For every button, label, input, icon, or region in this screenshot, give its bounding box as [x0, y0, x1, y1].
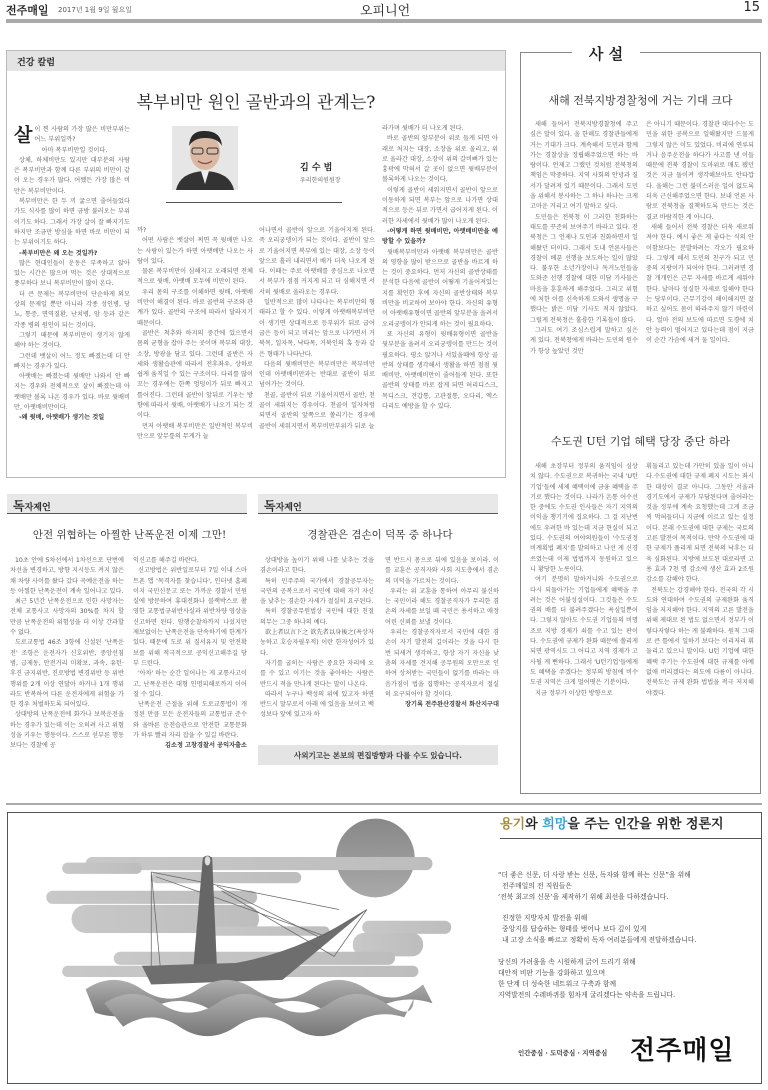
- promo-line: “더 좋은 신문, 더 사랑 받는 신문, 독자와 함께 하는 신문”을 위해: [498, 870, 691, 881]
- paragraph: 우리는 경찰공직자로서 국민에 대한 겸손이 자기 발전의 길이라는 것을 다시…: [385, 628, 499, 700]
- paragraph: 도민들은 전북청 이 그러한 친화하는 태도를 꾸준히 보여주기 바라고 있다.…: [530, 213, 638, 326]
- paragraph: 더 큰 문제는 복부비만이 단순하게 외모상의 문제일 뿐만 아니라 각종 성인…: [14, 290, 130, 331]
- label-rest: 자제언: [276, 503, 302, 513]
- editorial-1-col-2: 은 아니기 때문이다. 경찰관 대다수는 도민을 위한 공복으로 일해왔지만 드…: [646, 120, 754, 410]
- paragraph: 천골, 골반이 뒤로 기울어지면서 골반, 천골이 세워지는 경우이다. 천골이…: [259, 391, 375, 432]
- promo-line: 진정한 지방자치 발전을 위해: [502, 913, 697, 924]
- slogan-hope: 희망: [542, 817, 567, 832]
- ship-on-waves-icon: [20, 812, 470, 1082]
- paragraph: 새해 들어서 전북 경찰은 더욱 새로워져야 한다. 예시 좋은 게 좋다는 식…: [646, 223, 754, 347]
- promo-line: 중앙지를 답습하는 형태를 벗어나 보다 깊이 있게: [502, 924, 697, 935]
- editorial-title-1: 새해 전북지방경찰청에 거는 기대 크다: [520, 92, 761, 108]
- paragraph: 난폭운전 근절을 위해 도로교통법이 개정된 만큼 모든 운전자들의 교통법규 …: [133, 700, 247, 741]
- editorial-1-col-1: 새해 들어서 전북지방경찰청에 주고 싶은 말이 있다. 올 한해도 경찰관들에…: [530, 120, 638, 410]
- health-column-title: 복부비만 원인 골반과의 관계는?: [6, 88, 506, 113]
- page-number: 15: [743, 0, 760, 15]
- paragraph: 까?: [137, 226, 253, 236]
- editorial-2-col-2: 휘둘리고 있는데 가만히 있을 일이 아니다.수도권에 대한 규제 폐지 시도는…: [646, 462, 754, 784]
- byline: 장기록 전주완산경찰서 화산지구대: [385, 700, 499, 710]
- paragraph: 우리 몸의 구조를 이해하면 윗배, 아랫배비만이 해결이 된다. 바로 골반의…: [137, 288, 253, 329]
- paragraph: 새해 초장부터 정부의 움직임이 심상치 않다. 수도권으로 복귀하는 국내 '…: [530, 462, 638, 575]
- slogan-text: 을 주는 인간을 위한 정론지: [567, 817, 723, 832]
- reader-opinion-title-1: 안전 위협하는 아찔한 난폭운전 이제 그만!: [7, 527, 252, 542]
- paragraph: 어나면서 골반이 앞으로 기울어지게 된다. 즉 오리궁뎅이가 되는 것이다. …: [259, 226, 375, 298]
- health-column-label: 건강 칼럼: [7, 51, 505, 71]
- paragraph: 라가며 윗배가 더 나오게 된다.: [382, 124, 498, 134]
- health-col-4: 라가며 윗배가 더 나오게 된다. 바로 골반의 앞부분이 위로 들게 되면 아…: [382, 124, 498, 470]
- paragraph: 어떤 사람은 뱃살이 찌면 꼭 윗배만 나오는 사람이 있는가 하면 아랫배만 …: [137, 236, 253, 267]
- paragraph: 그러도 여기 조심스럽게 말하고 싶은 게 있다. 전북청에게 바라는 도민의 …: [530, 326, 638, 357]
- paragraph: 지금 정부가 이상한 방향으로: [530, 689, 638, 699]
- promo-line: 내 고장 소식을 빠르고 정확히 독자 여러분들에게 전달하겠습니다.: [502, 935, 697, 946]
- slogan-courage: 용기: [500, 817, 525, 832]
- paragraph: 익신고를 해주길 바란다.: [133, 556, 247, 566]
- paragraph: 일반적으로 많이 나타나는 복부비만의 형태라고 할 수 있다. 이렇게 아랫배…: [259, 298, 375, 360]
- paragraph: 최근 5년간 난폭운전으로 인한 사망자는 전체 교통사고 사망자의 30%를 …: [10, 597, 124, 638]
- byline: 김소정 고창경찰서 공익자출소: [133, 741, 247, 751]
- promo-slogan: 용기와 희망을 주는 인간을 위한 정론지: [500, 813, 724, 832]
- label-rest: 자제언: [25, 503, 51, 513]
- paragraph: 특히 민주주의 국가에서 경찰공무자는 국민의 공복으로서 국민에 대해 자기 …: [260, 577, 374, 608]
- paragraph: 복부비만은 한 두 끼 굶으면 줄어들었다가도 식사를 많이 하면 금방 불러오…: [14, 197, 130, 248]
- section-divider: [6, 803, 762, 805]
- paragraph: 신고방법은 위반일로부터 7일 이내 스마트폰 앱 '목격자를 찾습니다', 인…: [133, 566, 247, 669]
- header-rule: [6, 19, 762, 23]
- reader-2-col-1: 상대방을 높이기 위해 나를 낮추는 것을 겸손이라고 한다. 특히 민주주의 …: [260, 556, 374, 736]
- issue-date: 2017년 1월 9일 월요일: [58, 5, 132, 15]
- photo-divider: [166, 202, 342, 203]
- author-name: 김 수 범: [300, 160, 332, 173]
- author-photo: [172, 126, 238, 190]
- editorial-title-2: 수도권 U턴 기업 혜택 당장 중단 하라: [520, 433, 761, 449]
- paragraph: 여기 분명히 말하거니와 수도권으로 다시 되돌아가는 기업들에게 혜택을 주려…: [530, 575, 638, 688]
- paragraph: 자기를 굽히는 사람은 중요한 자리에 오를 수 있고 이기는 것을 좋아하는 …: [260, 659, 374, 690]
- paragraph: 아마 복부비만일 것이다.: [14, 146, 130, 156]
- paragraph: 골반은 척추와 하지의 중간에 있으면서 몸의 균형을 잡아 주는 곳이며 복부…: [137, 329, 253, 422]
- label-initial: 독: [264, 499, 276, 513]
- subheading: -복부비만은 왜 오는 것일까?: [14, 249, 130, 259]
- paragraph: 상대방을 높이기 위해 나를 낮추는 것을 겸손이라고 한다.: [260, 556, 374, 577]
- promo-logo: 전주매일: [630, 1030, 734, 1067]
- paragraph: 먼저 아랫배 복부비만은 일반적인 복부비만으로 앞무릎의 무게가 늘: [137, 422, 253, 443]
- slogan-rule: [500, 838, 762, 839]
- paragraph: 새해 들어서 전북지방경찰청에 주고 싶은 말이 있다. 올 한해도 경찰관들에…: [530, 120, 638, 213]
- ship-illustration: [20, 812, 470, 1082]
- promo-paragraph-2: 진정한 지방자치 발전을 위해 중앙지를 답습하는 형태를 벗어나 보다 깊이 …: [498, 913, 697, 946]
- author-role: 우리한의원원장: [300, 175, 341, 184]
- editorial-2-col-1: 새해 초장부터 정부의 움직임이 심상치 않다. 수도권으로 복귀하는 국내 '…: [530, 462, 638, 784]
- promo-line: 전주매일의 전 직원들은: [498, 881, 691, 892]
- paragraph: 전북도는 강경해야 한다. 전국의 각 시도와 연대하여 수도권의 규제완화 움…: [646, 586, 754, 699]
- paragraph: 상대방의 난폭운전에 화가나 보복운전을 하는 경우가 있는데 이는 오히려 사…: [10, 710, 124, 751]
- slogan-text: 와: [525, 817, 542, 832]
- reader-1-col-2: 익신고를 해주길 바란다. 신고방법은 위반일로부터 7일 이내 스마트폰 앱 …: [133, 556, 247, 790]
- promo-paragraph-3: 당신의 가려움을 속 시원하게 긁어 드리기 위해 대안적 비판 기능을 강화하…: [498, 957, 675, 1001]
- paragraph: 면 반드시 몸으로 뒤에 있음을 보이라. 이를 교훈은 공직자와 사회 지도층…: [385, 556, 499, 587]
- reader-opinion-title-2: 경찰관은 겸손이 덕목 중 하나다: [255, 527, 505, 542]
- paragraph: 10초 안에 5차선에서 1차선으로 단번에 차선을 변경하고, 방향 지시등도…: [10, 556, 124, 597]
- promo-line: 대안적 비판 기능을 강화하고 있으며: [498, 968, 675, 979]
- reader-2-col-2: 면 반드시 몸으로 뒤에 있음을 보이라. 이를 교훈은 공직자와 사회 지도층…: [385, 556, 499, 736]
- reader-opinion-label-2: 독자제언: [258, 494, 498, 514]
- paragraph: 많은 현대인들이 운동은 부족하고 앉아 있는 시간은 많으며 먹는 것은 상대…: [14, 259, 130, 290]
- paragraph: 그런데 뱃살이 어느 정도 빠졌는데 더 안 빠지는 경우가 있다.: [14, 352, 130, 373]
- dropcap: 살: [14, 125, 32, 145]
- promo-line: 지역발전의 수레바퀴를 힘차게 굴리겠다는 약속을 드립니다.: [498, 990, 675, 1001]
- paragraph: 은 아니기 때문이다. 경찰관 대다수는 도민을 위한 공복으로 일해왔지만 드…: [646, 120, 754, 223]
- paragraph: 도로교통법 46조 3항에 신설된 '난폭운전' 조항은 운전자가 신호위반, …: [10, 638, 124, 710]
- promo-line: 한 단계 더 성숙한 네트워크 구축과 함께: [498, 979, 675, 990]
- paragraph: 이렇게 골반이 세워지면서 골반이 앞으로 이동하게 되면 복부는 앞으로 나가…: [382, 186, 498, 227]
- paragraph: 또 자신의 유형이 윗배유형이면 골반을 뒷부분을 올려서 오리궁뎅이를 만드는…: [382, 330, 498, 412]
- health-col-3: 어나면서 골반이 앞으로 기울어지게 된다. 즉 오리궁뎅이가 되는 것이다. …: [259, 226, 375, 470]
- paragraph: 휘둘리고 있는데 가만히 있을 일이 아니다.수도권에 대한 규제 폐지 시도는…: [646, 462, 754, 586]
- paragraph: 특히 경찰공무원법상 국민에 대한 친절의무는 그중 하나의 예다.: [260, 607, 374, 628]
- paragraph: 물론 복부비만이 심해지고 오래되면 전체적으로 윗배, 아랫배 모두에 비만이…: [137, 267, 253, 288]
- promo-paragraph-1: “더 좋은 신문, 더 사랑 받는 신문, 독자와 함께 하는 신문”을 위해 …: [498, 870, 691, 903]
- reader-1-col-1: 10초 안에 5차선에서 1차선으로 단번에 차선을 변경하고, 방향 지시등도…: [10, 556, 124, 790]
- section-title: 오피니언: [360, 0, 410, 19]
- health-col-1: 살 이 찐 사람의 가장 많은 비만부위는 어느 부위일까? 아마 복부비만일 …: [14, 125, 130, 470]
- promo-line: 당신의 가려움을 속 시원하게 긁어 드리기 위해: [498, 957, 675, 968]
- paragraph: 그렇기 때문에 복부비만이 생기지 않게 해야 하는 것이다.: [14, 331, 130, 352]
- promo-tagline: 인간중심 · 도덕중심 · 지역중심: [518, 1048, 607, 1057]
- disclaimer-banner: 사외기고는 본보의 편집방향과 다를 수도 있습니다.: [258, 745, 498, 765]
- paragraph: '아차' 하는 순간 일어나는 게 교통사고이고, 난폭운전은 대형 인명피해로…: [133, 669, 247, 700]
- paragraph: 상체, 하체비만도 있지만 대부분의 사람은 복부비만과 함께 다른 부위의 비…: [14, 156, 130, 197]
- label-initial: 독: [13, 499, 25, 513]
- paragraph: 따라서 누구나 백성의 위에 있고자 하면 반드시 말부로서 아래 에 있음을 …: [260, 690, 374, 721]
- health-col-2: 까? 어떤 사람은 뱃살이 찌면 꼭 윗배만 나오는 사람이 있는가 하면 아랫…: [137, 226, 253, 470]
- subheading: -왜 윗배, 아랫배가 생기는 것일: [14, 413, 130, 423]
- reader-opinion-label-1: 독자제언: [7, 494, 247, 514]
- masthead-paper-name: 전주매일: [6, 2, 49, 18]
- subheading: -어떻게 하면 윗배비만, 아랫배비만을 예방할 수 있을까?: [382, 227, 498, 248]
- paragraph: 바로 골반의 앞부분이 위로 들게 되면 아래로 처지는 대장, 소장을 위로 …: [382, 134, 498, 185]
- paragraph: 다음의 윗배비만은 복부비만은 복부비만인데 아랫배비만과는 반대로 골반이 뒤…: [259, 360, 375, 391]
- editorial-label: 사 설: [572, 43, 640, 64]
- paragraph: 아랫배는 빠졌는데 윗배만 나와서 안 빠지는 경우와 전체적으로 살이 빠졌는…: [14, 372, 130, 413]
- paragraph: 欲上者以言下之 欲先者以身後之(욕상자 농하고 호승자필우적) 이란 한자성어가…: [260, 628, 374, 659]
- paragraph: 우리는 위 교훈을 통하여 아무리 불신하는 국민이라 해도 경찰공직자가 무리…: [385, 587, 499, 628]
- paragraph: 윗배복부비만과 아랫배 복부비만은 골반의 영향을 많이 받으므로 골반을 바르…: [382, 248, 498, 330]
- promo-line: ‘전북 최고의 신문’을 제작하기 위해 최선을 다하겠습니다.: [498, 892, 691, 903]
- portrait-icon: [172, 126, 238, 190]
